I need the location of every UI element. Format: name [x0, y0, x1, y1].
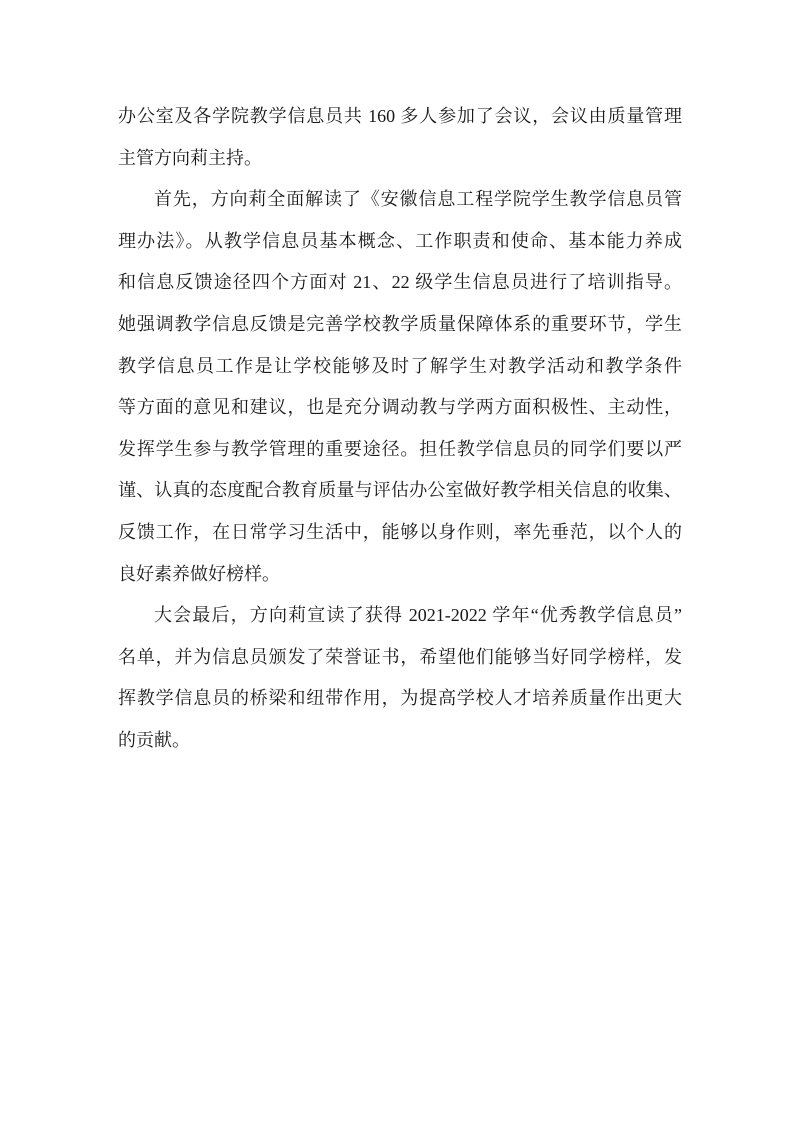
- text-line: 发挥学生参与教学管理的重要途径。担任教学信息员的同学们要以严: [118, 429, 682, 471]
- text-line: 首先，方向莉全面解读了《安徽信息工程学院学生教学信息员管: [118, 179, 682, 221]
- text-line: 理办法》。从教学信息员基本概念、工作职责和使命、基本能力养成: [118, 221, 682, 263]
- paragraph: 办公室及各学院教学信息员共 160 多人参加了会议，会议由质量管理 主管方向莉主…: [118, 96, 682, 179]
- text-line: 办公室及各学院教学信息员共 160 多人参加了会议，会议由质量管理: [118, 96, 682, 138]
- text-line: 教学信息员工作是让学校能够及时了解学生对教学活动和教学条件: [118, 346, 682, 388]
- text-line: 等方面的意见和建议，也是充分调动教与学两方面积极性、主动性，: [118, 387, 682, 429]
- text-body: 办公室及各学院教学信息员共 160 多人参加了会议，会议由质量管理 主管方向莉主…: [118, 96, 682, 762]
- text-line: 她强调教学信息反馈是完善学校教学质量保障体系的重要环节，学生: [118, 304, 682, 346]
- text-line: 大会最后，方向莉宣读了获得 2021-2022 学年“优秀教学信息员”: [118, 595, 682, 637]
- text-line: 谨、认真的态度配合教育质量与评估办公室做好教学相关信息的收集、: [118, 470, 682, 512]
- paragraph: 大会最后，方向莉宣读了获得 2021-2022 学年“优秀教学信息员” 名单，并…: [118, 595, 682, 761]
- text-line: 名单，并为信息员颁发了荣誉证书，希望他们能够当好同学榜样，发: [118, 637, 682, 679]
- text-line: 主管方向莉主持。: [118, 138, 682, 180]
- paragraph: 首先，方向莉全面解读了《安徽信息工程学院学生教学信息员管 理办法》。从教学信息员…: [118, 179, 682, 595]
- text-line: 挥教学信息员的桥梁和纽带作用，为提高学校人才培养质量作出更大: [118, 678, 682, 720]
- text-line: 反馈工作，在日常学习生活中，能够以身作则，率先垂范，以个人的: [118, 512, 682, 554]
- document-page: { "page": { "background": "#ffffff", "te…: [0, 0, 800, 1131]
- text-line: 和信息反馈途径四个方面对 21、22 级学生信息员进行了培训指导。: [118, 262, 682, 304]
- text-line: 良好素养做好榜样。: [118, 554, 682, 596]
- text-line: 的贡献。: [118, 720, 682, 762]
